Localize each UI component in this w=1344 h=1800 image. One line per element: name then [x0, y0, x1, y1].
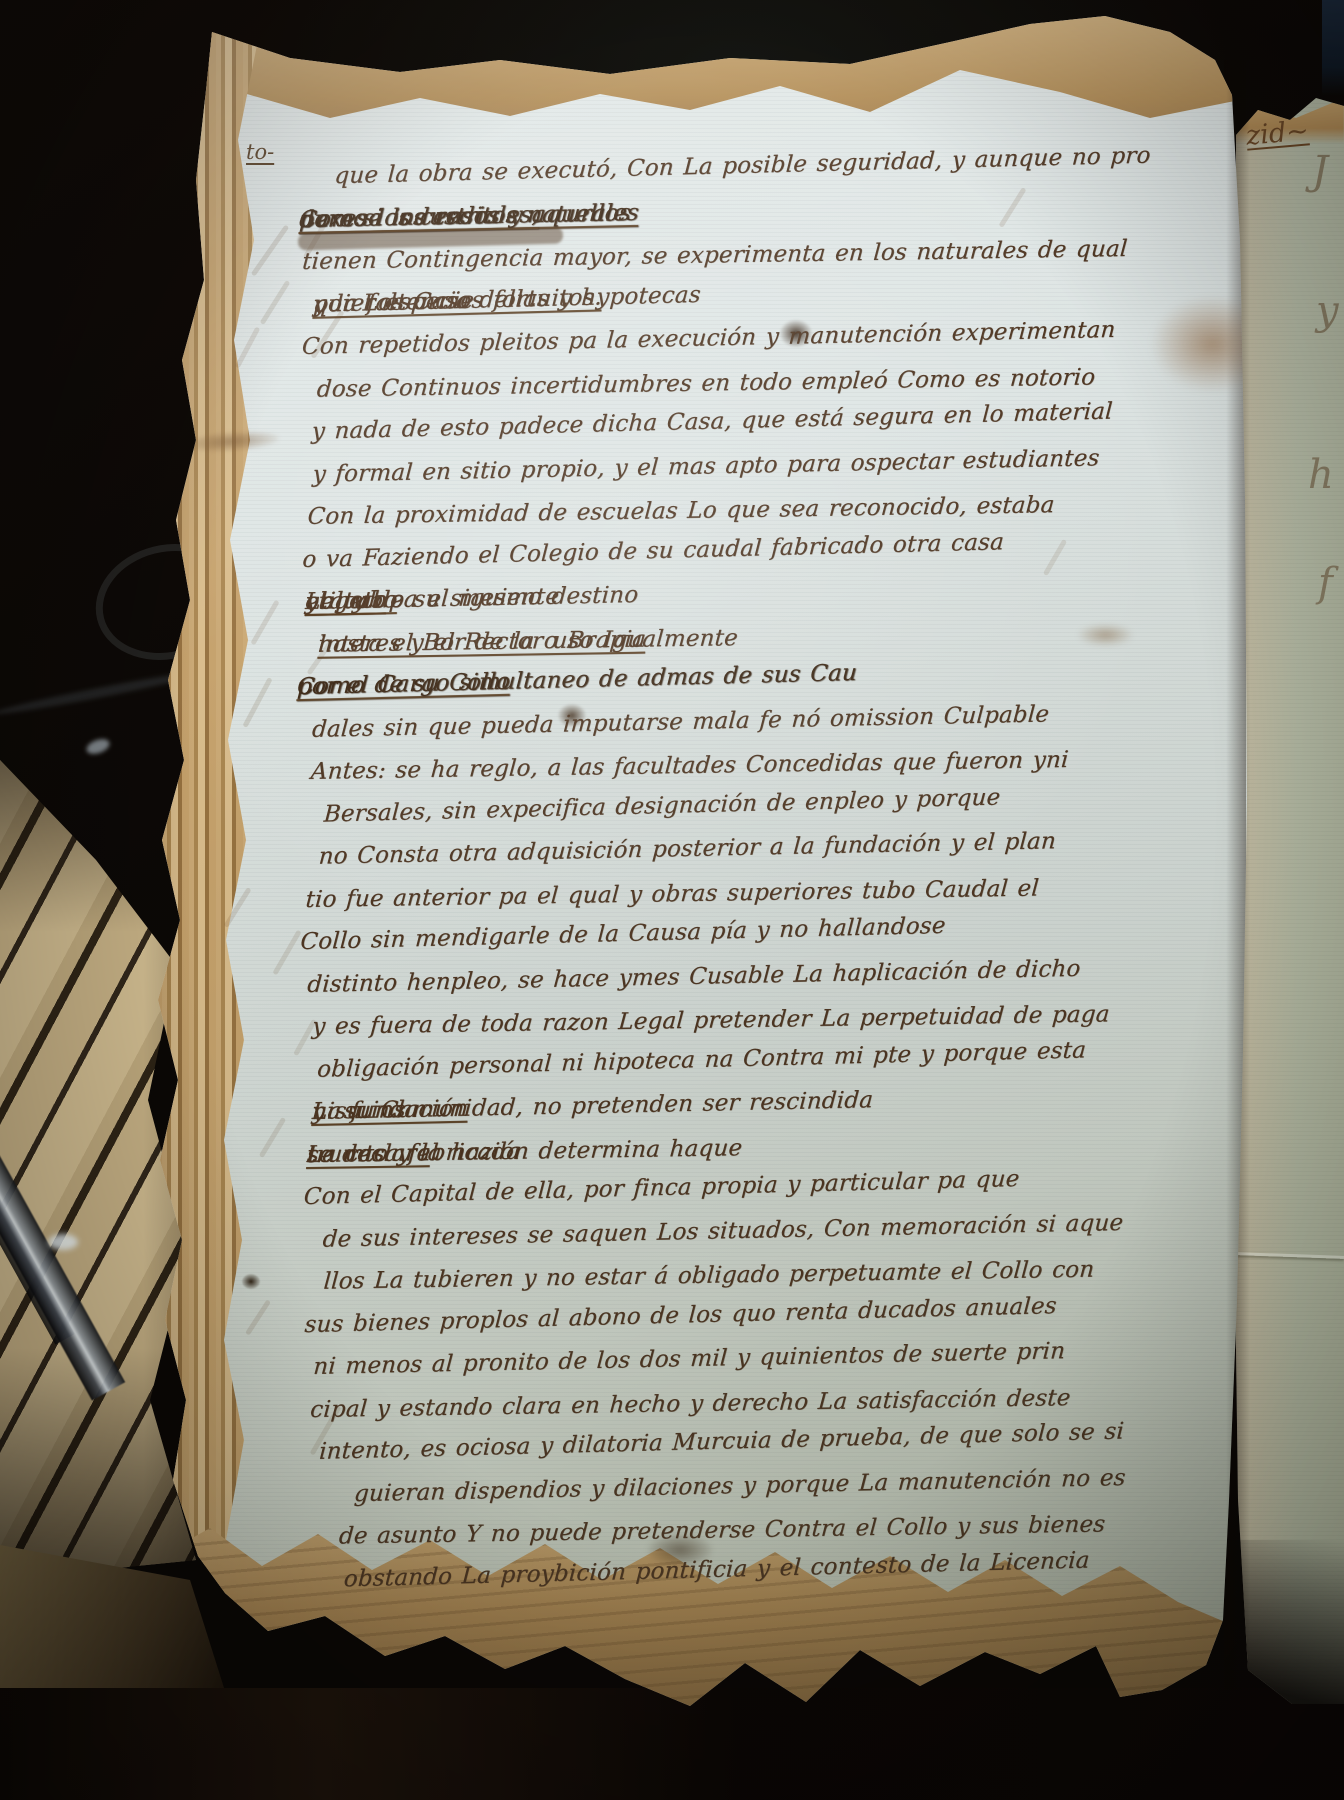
photo-scene: zid~ Jyhf to- que la obra se executó, Co…: [0, 0, 1344, 1800]
adjacent-page-stroke: J: [1312, 148, 1328, 194]
adjacent-page-margin-mark: zid~: [1245, 115, 1310, 151]
table-shadow: [0, 1688, 1344, 1800]
adjacent-page-stroke: h: [1308, 452, 1334, 498]
adjacent-page-stroke: f: [1318, 560, 1333, 606]
adjacent-page-texture: [1234, 95, 1344, 1705]
blue-edge-sliver: [1322, 0, 1344, 96]
adjacent-page-stroke: y: [1316, 288, 1339, 334]
metal-rail-glint: [48, 1234, 78, 1250]
